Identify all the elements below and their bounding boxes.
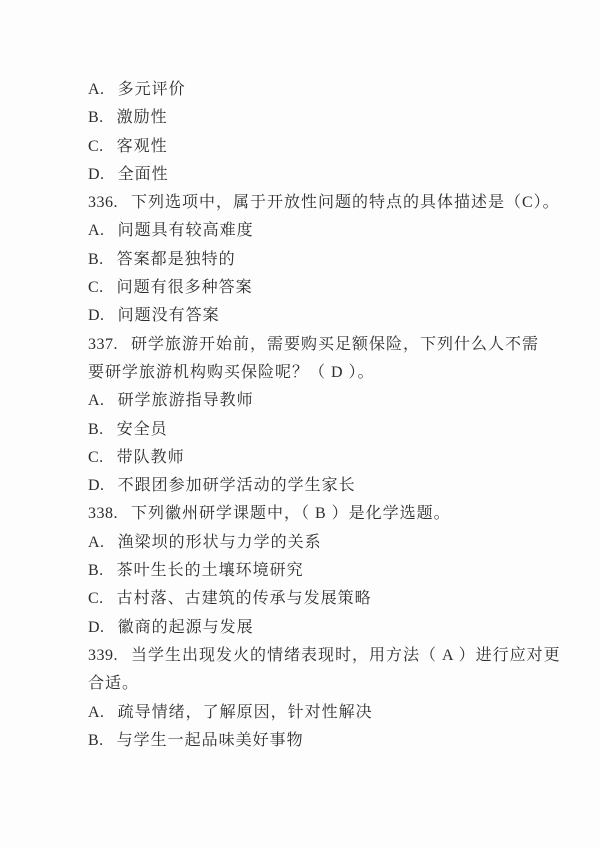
option-label: B. [88,557,104,585]
question-stem-line: 337.研学旅游开始前，需要购买足额保险，下列什么人不需 [88,331,518,359]
option-line: D.不跟团参加研学活动的学生家长 [88,472,518,500]
option-text: 答案都是独特的 [117,251,236,268]
option-line: B.答案都是独特的 [88,246,518,274]
option-label: C. [88,133,104,161]
option-text: 问题有很多种答案 [117,279,253,296]
option-label: A. [88,76,105,104]
question-stem-text: 研学旅游开始前，需要购买足额保险，下列什么人不需 [131,336,539,353]
option-label: B. [88,104,104,132]
option-line: B.安全员 [88,416,518,444]
option-label: A. [88,529,105,557]
option-label: D. [88,302,105,330]
question-stem-line: 336.下列选项中，属于开放性问题的特点的具体描述是（C）。 [88,189,518,217]
question-number: 338. [88,500,118,528]
option-label: D. [88,161,105,189]
question-stem-line: 338.下列徽州研学课题中，（ B ）是化学选题。 [88,500,518,528]
option-text: 研学旅游指导教师 [118,392,254,409]
question-stem-text: 要研学旅游机构购买保险呢？（ D ）。 [88,364,375,381]
question-stem-text: 当学生出现发火的情绪表现时，用方法（ A ）进行应对更 [131,647,561,664]
option-line: C.客观性 [88,133,518,161]
question-stem-line: 要研学旅游机构购买保险呢？（ D ）。 [88,359,518,387]
option-label: C. [88,585,104,613]
option-label: B. [88,416,104,444]
question-number: 337. [88,331,118,359]
question-number: 336. [88,189,118,217]
option-text: 渔梁坝的形状与力学的关系 [118,534,322,551]
option-text: 客观性 [117,138,168,155]
option-text: 全面性 [118,166,169,183]
option-line: A.多元评价 [88,76,518,104]
option-text: 多元评价 [118,81,186,98]
option-line: C.古村落、古建筑的传承与发展策略 [88,585,518,613]
option-label: C. [88,444,104,472]
option-label: C. [88,274,104,302]
question-stem-text: 下列徽州研学课题中，（ B ）是化学选题。 [131,505,451,522]
option-label: A. [88,217,105,245]
option-line: D.徽商的起源与发展 [88,614,518,642]
option-label: B. [88,727,104,755]
document-page: A.多元评价 B.激励性 C.客观性 D.全面性 336.下列选项中，属于开放性… [0,0,600,849]
option-label: B. [88,246,104,274]
option-line: C.问题有很多种答案 [88,274,518,302]
option-line: B.激励性 [88,104,518,132]
option-label: A. [88,387,105,415]
option-line: D.全面性 [88,161,518,189]
option-line: C.带队教师 [88,444,518,472]
question-stem-text: 下列选项中，属于开放性问题的特点的具体描述是（C）。 [131,194,560,211]
option-text: 激励性 [117,109,168,126]
option-label: D. [88,614,105,642]
option-line: A.研学旅游指导教师 [88,387,518,415]
question-stem-text: 合适。 [88,675,139,692]
option-line: B.与学生一起品味美好事物 [88,727,518,755]
option-text: 问题没有答案 [118,307,220,324]
option-text: 徽商的起源与发展 [118,619,254,636]
option-text: 带队教师 [117,449,185,466]
option-text: 古村落、古建筑的传承与发展策略 [117,590,372,607]
option-line: B.茶叶生长的土壤环境研究 [88,557,518,585]
option-text: 与学生一起品味美好事物 [117,732,304,749]
option-label: A. [88,699,105,727]
option-line: A.疏导情绪，了解原因，针对性解决 [88,699,518,727]
page-text-content: A.多元评价 B.激励性 C.客观性 D.全面性 336.下列选项中，属于开放性… [88,76,518,755]
question-number: 339. [88,642,118,670]
option-text: 不跟团参加研学活动的学生家长 [118,477,356,494]
question-stem-line: 339.当学生出现发火的情绪表现时，用方法（ A ）进行应对更 [88,642,518,670]
option-label: D. [88,472,105,500]
option-text: 疏导情绪，了解原因，针对性解决 [118,704,373,721]
option-line: D.问题没有答案 [88,302,518,330]
option-text: 问题具有较高难度 [118,222,254,239]
option-text: 茶叶生长的土壤环境研究 [117,562,304,579]
option-line: A.问题具有较高难度 [88,217,518,245]
option-text: 安全员 [117,421,168,438]
option-line: A.渔梁坝的形状与力学的关系 [88,529,518,557]
question-stem-line: 合适。 [88,670,518,698]
